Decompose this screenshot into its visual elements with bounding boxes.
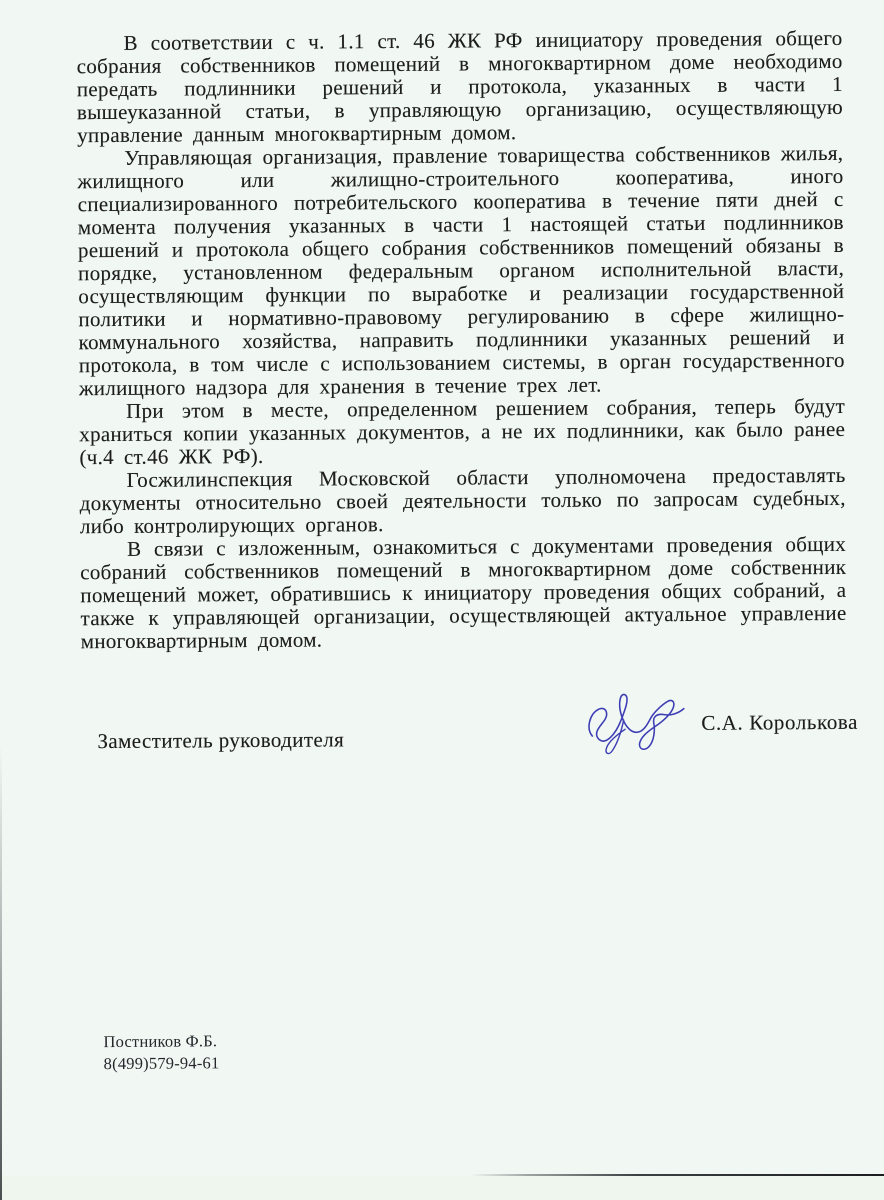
paragraph-2: Управляющая организация, правление товар… — [77, 142, 845, 400]
executor-name: Постников Ф.Б. — [103, 1030, 219, 1053]
scan-edge-line-bottom — [470, 1174, 884, 1176]
signer-name: С.А. Королькова — [701, 710, 858, 736]
paragraph-5: В связи с изложенным, ознакомиться с док… — [80, 533, 847, 653]
paragraph-4: Госжилинспекция Московской области уполн… — [79, 464, 845, 538]
signature-stroke-main — [589, 694, 684, 750]
signer-position-label: Заместитель руководителя — [97, 727, 344, 754]
signature-stroke-descender — [606, 720, 625, 753]
paragraph-1: В соответствии с ч. 1.1 ст. 46 ЖК РФ ини… — [76, 27, 843, 147]
scan-edge-line-left — [0, 745, 2, 1200]
letter-content: В соответствии с ч. 1.1 ст. 46 ЖК РФ ини… — [0, 0, 884, 1200]
scan-bottom-strip — [0, 1176, 884, 1200]
handwritten-signature-ink — [584, 687, 690, 760]
letter-body: В соответствии с ч. 1.1 ст. 46 ЖК РФ ини… — [76, 27, 846, 653]
scanned-letter-page: В соответствии с ч. 1.1 ст. 46 ЖК РФ ини… — [0, 0, 884, 1200]
executor-block: Постников Ф.Б. 8(499)579-94-61 — [103, 1030, 219, 1075]
paragraph-3: При этом в месте, определенном решением … — [79, 395, 845, 469]
executor-phone: 8(499)579-94-61 — [104, 1052, 220, 1075]
